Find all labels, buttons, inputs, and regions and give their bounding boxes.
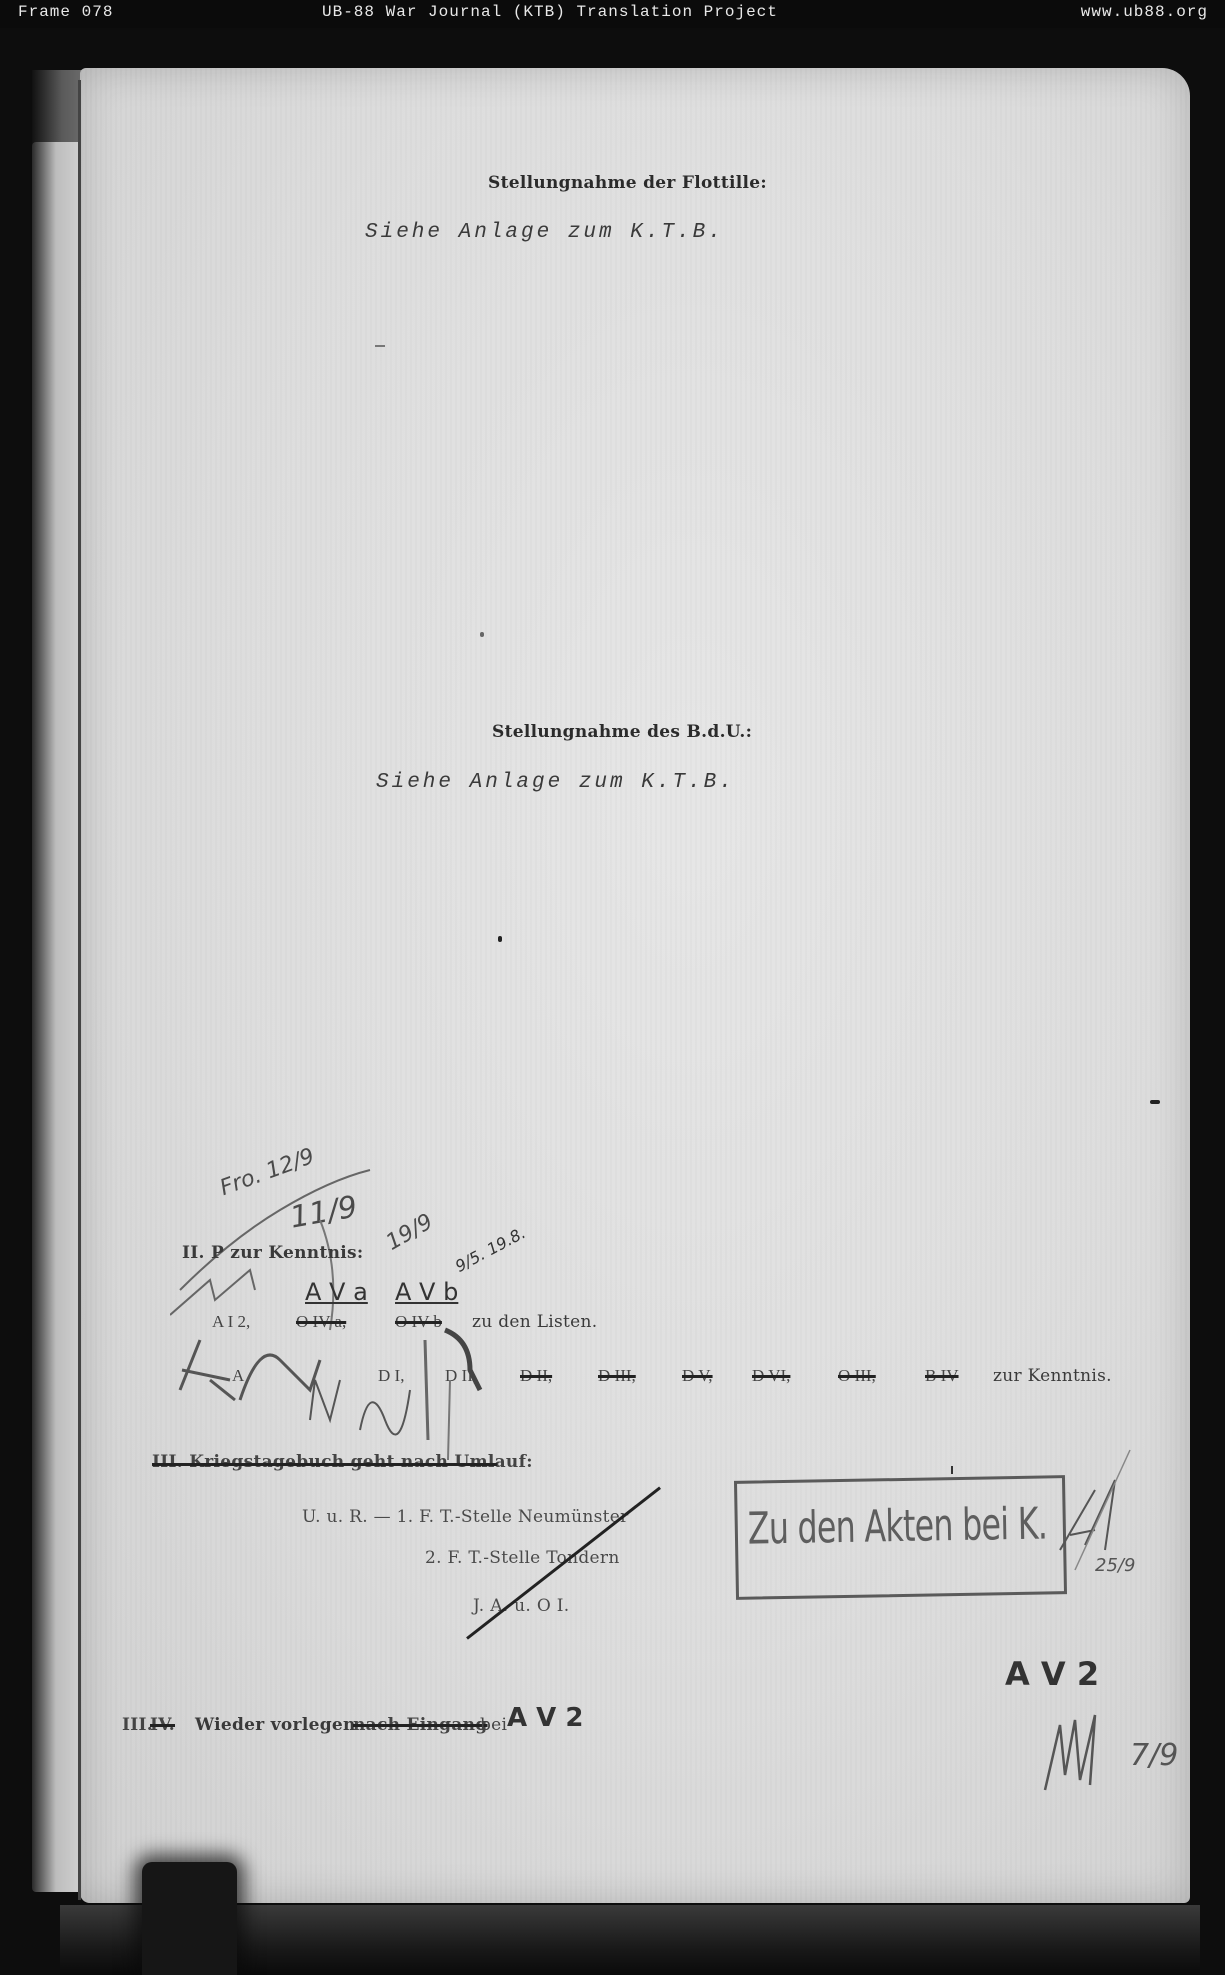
flotilla-typed-text: Siehe Anlage zum K.T.B. bbox=[365, 221, 724, 244]
handwritten-code-av2: A V 2 bbox=[1005, 1655, 1099, 1693]
ink-speck bbox=[375, 345, 385, 347]
stamp-handwritten-date: 25/9 bbox=[1095, 1555, 1135, 1576]
handwritten-code-ava: A V a bbox=[305, 1278, 368, 1306]
line-iv-handwritten-code: A V 2 bbox=[507, 1703, 583, 1733]
document-page bbox=[80, 68, 1190, 1903]
ink-speck bbox=[1150, 1100, 1160, 1104]
distribution-item-struck: D III, bbox=[598, 1366, 636, 1386]
distribution-suffix: zur Kenntnis. bbox=[993, 1366, 1112, 1386]
bdu-typed-text: Siehe Anlage zum K.T.B. bbox=[376, 771, 735, 794]
distribution-line-iii: III. Kriegstagebuch geht nach Umlauf: bbox=[152, 1452, 533, 1472]
bdu-heading: Stellungnahme des B.d.U.: bbox=[492, 722, 752, 742]
thumb-shadow bbox=[142, 1862, 237, 1975]
stamp-text: Zu den Akten bei K. bbox=[747, 1498, 1047, 1554]
line-iv-struck-prefix: IV. bbox=[150, 1715, 175, 1735]
distribution-item-struck: O III, bbox=[838, 1366, 876, 1386]
distribution-item-struck: D II, bbox=[520, 1366, 552, 1386]
ink-speck bbox=[480, 632, 484, 637]
strikethrough-line bbox=[152, 1463, 497, 1466]
umlauf-line-2: 2. F. T.-Stelle Tondern bbox=[425, 1548, 620, 1568]
line-iv-suffix: bei bbox=[480, 1715, 507, 1735]
umlauf-line-3: J. A. u. O I. bbox=[473, 1596, 570, 1616]
flotilla-heading: Stellungnahme der Flottille: bbox=[488, 173, 767, 193]
handwritten-date: 7/9 bbox=[1130, 1738, 1178, 1773]
handwritten-code-avb: A V b bbox=[395, 1278, 458, 1306]
website-label: www.ub88.org bbox=[1081, 3, 1208, 21]
handwritten-initials-icon bbox=[170, 1320, 510, 1460]
project-title: UB-88 War Journal (KTB) Translation Proj… bbox=[322, 3, 778, 21]
underlying-sheet-tab bbox=[32, 70, 82, 145]
umlauf-line-1: U. u. R. — 1. F. T.-Stelle Neumünster bbox=[302, 1507, 629, 1527]
line-iv-prefix: III. bbox=[122, 1715, 153, 1735]
distribution-line-p: II. P zur Kenntnis: bbox=[182, 1243, 364, 1263]
distribution-item-struck: D V, bbox=[682, 1366, 713, 1386]
archive-stamp: Zu den Akten bei K. bbox=[734, 1475, 1067, 1600]
distribution-item-struck: D VI, bbox=[752, 1366, 790, 1386]
ink-speck bbox=[498, 936, 502, 942]
frame-caption-bar: Frame 078 UB-88 War Journal (KTB) Transl… bbox=[0, 0, 1225, 28]
handwritten-signature-icon bbox=[1040, 1705, 1140, 1795]
line-iv-text: Wieder vorlegen bbox=[195, 1715, 356, 1735]
stamp-initials-icon bbox=[1055, 1440, 1135, 1620]
line-iv-struck-text: nach Eingang bbox=[353, 1715, 488, 1735]
frame-number: Frame 078 bbox=[18, 3, 113, 21]
page-edge bbox=[78, 80, 81, 1900]
distribution-item-struck: B IV bbox=[925, 1366, 959, 1386]
ink-mark bbox=[951, 1466, 953, 1474]
